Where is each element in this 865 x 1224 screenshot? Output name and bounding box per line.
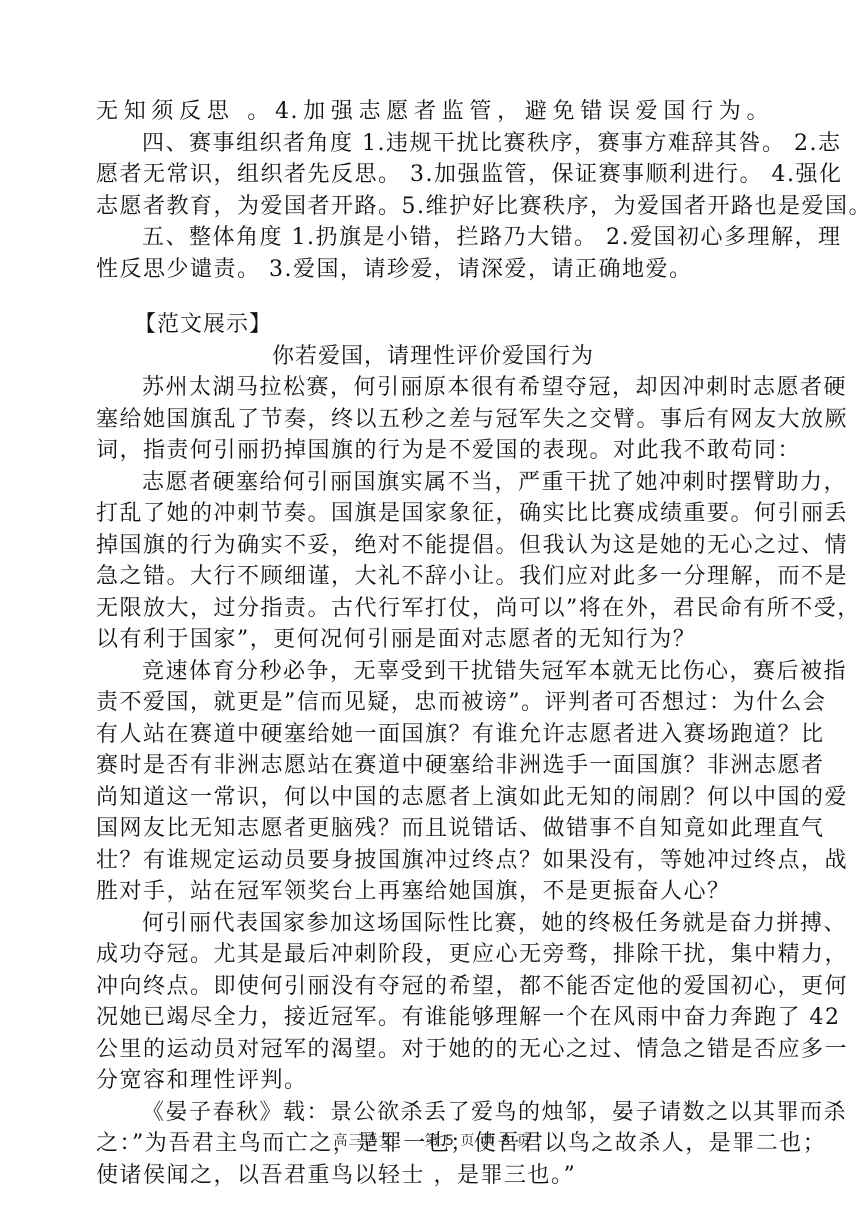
outline-line: 志愿者教育，为爱国者开路。5.维护好比赛秩序，为爱国者开路也是爱国。 bbox=[96, 191, 770, 223]
paragraph-line: 塞给她国旗乱了节奏，终以五秒之差与冠军失之交臂。事后有网友大放厥 bbox=[96, 404, 770, 436]
footer-page-number: 第 5 页 共 8 页 bbox=[425, 1133, 532, 1149]
outline-line: 四、赛事组织者角度 1.违规干扰比赛秩序，赛事方难辞其咎。 2.志 bbox=[96, 128, 770, 160]
paragraph-line: 以有利于国家”，更何况何引丽是面对志愿者的无知行为？ bbox=[96, 624, 770, 656]
essay-paragraph: 志愿者硬塞给何引丽国旗实属不当，严重干扰了她冲刺时摆臂助力， 打乱了她的冲刺节奏… bbox=[96, 467, 770, 656]
outline-line: 五、整体角度 1.扔旗是小错，拦路乃大错。 2.爱国初心多理解，理 bbox=[96, 222, 770, 254]
outline-line: 无知须反思 。4.加强志愿者监管，避免错误爱国行为。 bbox=[96, 96, 770, 128]
outline-line: 性反思少谴责。 3.爱国，请珍爱，请深爱，请正确地爱。 bbox=[96, 254, 770, 286]
document-page: 无知须反思 。4.加强志愿者监管，避免错误爱国行为。 四、赛事组织者角度 1.违… bbox=[96, 96, 770, 1191]
section-heading: 【范文展示】 bbox=[96, 309, 770, 341]
page-footer: 高三语文 第 5 页 共 8 页 bbox=[0, 1130, 865, 1150]
paragraph-line: 有人站在赛道中硬塞给她一面国旗？有谁允许志愿者进入赛场跑道？比 bbox=[96, 719, 770, 751]
paragraph-line: 何引丽代表国家参加这场国际性比赛，她的终极任务就是奋力拼搏、 bbox=[96, 908, 770, 940]
paragraph-line: 成功夺冠。尤其是最后冲刺阶段，更应心无旁骛，排除干扰，集中精力， bbox=[96, 939, 770, 971]
paragraph-line: 急之错。大行不顾细谨，大礼不辞小让。我们应对此多一分理解，而不是 bbox=[96, 561, 770, 593]
paragraph-line: 词，指责何引丽扔掉国旗的行为是不爱国的表现。对此我不敢苟同： bbox=[96, 435, 770, 467]
paragraph-line: 掉国旗的行为确实不妥，绝对不能提倡。但我认为这是她的无心之过、情 bbox=[96, 530, 770, 562]
essay-paragraph: 竞速体育分秒必争，无辜受到干扰错失冠军本就无比伤心，赛后被指 责不爱国，就更是”… bbox=[96, 656, 770, 908]
paragraph-line: 竞速体育分秒必争，无辜受到干扰错失冠军本就无比伤心，赛后被指 bbox=[96, 656, 770, 688]
paragraph-line: 打乱了她的冲刺节奏。国旗是国家象征，确实比比赛成绩重要。何引丽丢 bbox=[96, 498, 770, 530]
paragraph-line: 苏州太湖马拉松赛，何引丽原本很有希望夺冠，却因冲刺时志愿者硬 bbox=[96, 372, 770, 404]
paragraph-line: 志愿者硬塞给何引丽国旗实属不当，严重干扰了她冲刺时摆臂助力， bbox=[96, 467, 770, 499]
paragraph-line: 尚知道这一常识，何以中国的志愿者上演如此无知的闹剧？何以中国的爱 bbox=[96, 782, 770, 814]
outline-section: 无知须反思 。4.加强志愿者监管，避免错误爱国行为。 四、赛事组织者角度 1.违… bbox=[96, 96, 770, 285]
essay-title: 你若爱国，请理性评价爱国行为 bbox=[96, 341, 770, 373]
paragraph-line: 壮？有谁规定运动员要身披国旗冲过终点？如果没有，等她冲过终点，战 bbox=[96, 845, 770, 877]
spacer bbox=[96, 285, 770, 309]
outline-line: 愿者无常识，组织者先反思。 3.加强监管，保证赛事顺利进行。 4.强化 bbox=[96, 159, 770, 191]
paragraph-line: 况她已竭尽全力，接近冠军。有谁能够理解一个在风雨中奋力奔跑了 42 bbox=[96, 1002, 770, 1034]
paragraph-line: 胜对手，站在冠军领奖台上再塞给她国旗，不是更振奋人心？ bbox=[96, 876, 770, 908]
paragraph-line: 分宽容和理性评判。 bbox=[96, 1065, 770, 1097]
paragraph-line: 《晏子春秋》载：景公欲杀丢了爱鸟的烛邹，晏子请数之以其罪而杀 bbox=[96, 1097, 770, 1129]
paragraph-line: 责不爱国，就更是”信而见疑，忠而被谤”。评判者可否想过：为什么会 bbox=[96, 687, 770, 719]
essay-paragraph: 苏州太湖马拉松赛，何引丽原本很有希望夺冠，却因冲刺时志愿者硬 塞给她国旗乱了节奏… bbox=[96, 372, 770, 467]
essay-paragraph: 何引丽代表国家参加这场国际性比赛，她的终极任务就是奋力拼搏、 成功夺冠。尤其是最… bbox=[96, 908, 770, 1097]
paragraph-line: 国网友比无知志愿者更脑残？而且说错话、做错事不自知竟如此理直气 bbox=[96, 813, 770, 845]
paragraph-line: 赛时是否有非洲志愿站在赛道中硬塞给非洲选手一面国旗？非洲志愿者 bbox=[96, 750, 770, 782]
paragraph-line: 公里的运动员对冠军的渴望。对于她的的无心之过、情急之错是否应多一 bbox=[96, 1034, 770, 1066]
paragraph-line: 使诸侯闻之，以吾君重鸟以轻士 ，是罪三也。” bbox=[96, 1160, 770, 1192]
paragraph-line: 冲向终点。即使何引丽没有夺冠的希望，都不能否定他的爱国初心，更何 bbox=[96, 971, 770, 1003]
footer-subject: 高三语文 bbox=[333, 1133, 393, 1149]
paragraph-line: 无限放大，过分指责。古代行军打仗，尚可以”将在外，君民命有所不受， bbox=[96, 593, 770, 625]
